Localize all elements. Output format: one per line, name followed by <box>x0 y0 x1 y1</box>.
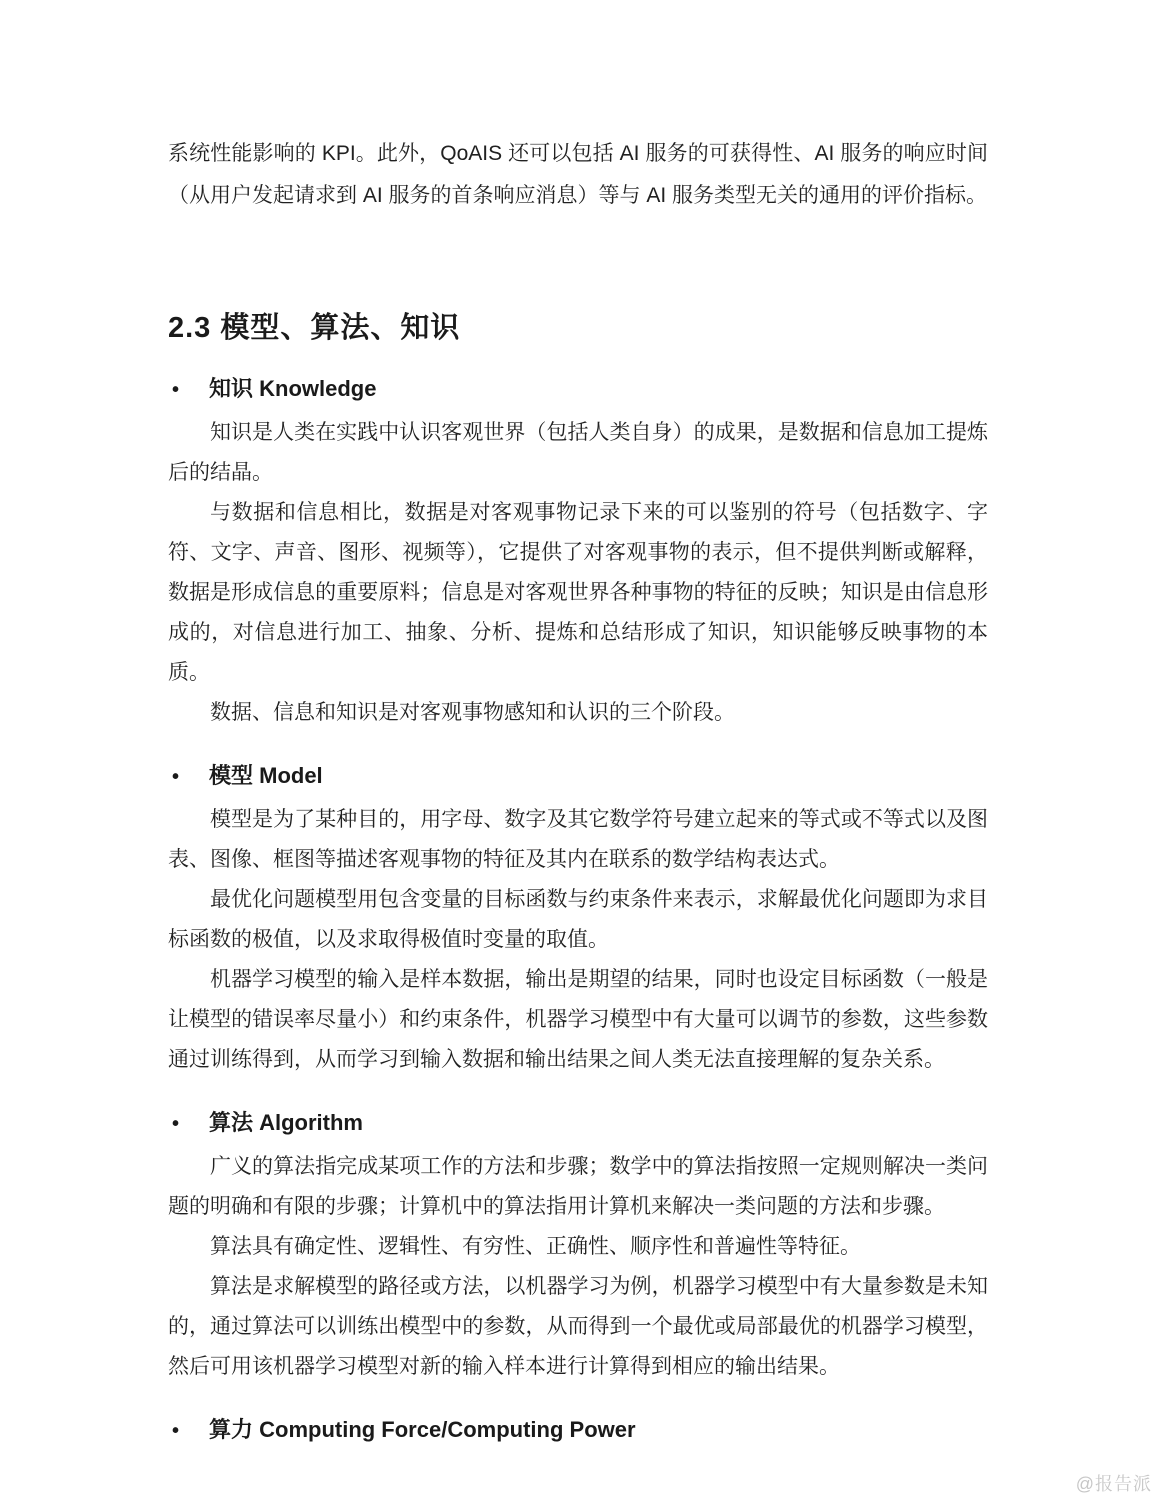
bullet-item-algorithm: • 算法 Algorithm <box>168 1106 988 1137</box>
bullet-icon: • <box>168 1113 209 1136</box>
bullet-icon: • <box>168 379 209 402</box>
bullet-title-model: 模型 Model <box>209 759 323 790</box>
paragraph: 算法具有确定性、逻辑性、有穷性、正确性、顺序性和普遍性等特征。 <box>168 1227 988 1267</box>
document-page: 系统性能影响的 KPI。此外，QoAIS 还可以包括 AI 服务的可获得性、AI… <box>168 0 988 1454</box>
paragraph: 最优化问题模型用包含变量的目标函数与约束条件来表示，求解最优化问题即为求目标函数… <box>168 880 988 960</box>
bullet-item-computing-power: • 算力 Computing Force/Computing Power <box>168 1413 988 1444</box>
paragraph: 数据、信息和知识是对客观事物感知和认识的三个阶段。 <box>168 693 988 733</box>
paragraph: 广义的算法指完成某项工作的方法和步骤；数学中的算法指按照一定规则解决一类问题的明… <box>168 1147 988 1227</box>
watermark: @报告派 <box>1076 1470 1152 1496</box>
intro-paragraph: 系统性能影响的 KPI。此外，QoAIS 还可以包括 AI 服务的可获得性、AI… <box>168 133 988 217</box>
bullet-item-model: • 模型 Model <box>168 759 988 790</box>
bullet-title-knowledge: 知识 Knowledge <box>209 372 376 403</box>
paragraph: 算法是求解模型的路径或方法，以机器学习为例，机器学习模型中有大量参数是未知的，通… <box>168 1267 988 1387</box>
bullet-icon: • <box>168 1420 209 1443</box>
paragraph: 模型是为了某种目的，用字母、数字及其它数学符号建立起来的等式或不等式以及图表、图… <box>168 800 988 880</box>
section-heading: 2.3 模型、算法、知识 <box>168 305 988 346</box>
paragraph: 知识是人类在实践中认识客观世界（包括人类自身）的成果，是数据和信息加工提炼后的结… <box>168 413 988 493</box>
bullet-item-knowledge: • 知识 Knowledge <box>168 372 988 403</box>
bullet-title-algorithm: 算法 Algorithm <box>209 1106 363 1137</box>
bullet-title-computing-power: 算力 Computing Force/Computing Power <box>209 1413 636 1444</box>
paragraph: 与数据和信息相比，数据是对客观事物记录下来的可以鉴别的符号（包括数字、字符、文字… <box>168 493 988 693</box>
bullet-icon: • <box>168 766 209 789</box>
paragraph: 机器学习模型的输入是样本数据，输出是期望的结果，同时也设定目标函数（一般是让模型… <box>168 960 988 1080</box>
